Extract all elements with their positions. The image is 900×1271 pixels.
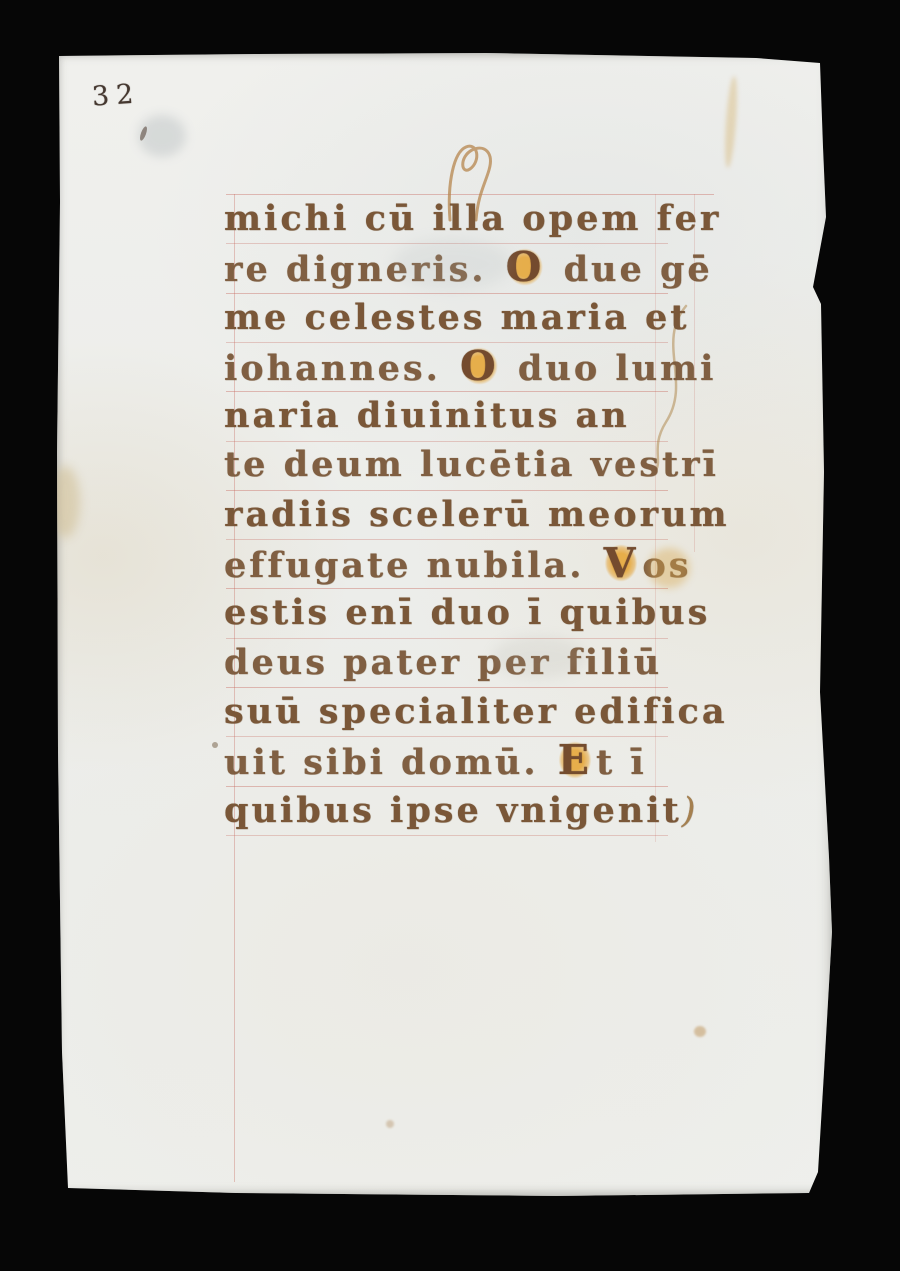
- line-flourish: ): [682, 791, 699, 831]
- stain-dot: [386, 1120, 394, 1128]
- text-segment: os: [642, 545, 691, 586]
- manuscript-line: uit sibi domū. Et ī: [224, 736, 724, 785]
- text-segment: radiis scelerū meorum: [224, 494, 730, 535]
- text-segment: te deum lucētia vestrī: [224, 444, 719, 485]
- manuscript-line: naria diuinitus an: [224, 391, 724, 440]
- text-block: michi cū illa opem ferre digneris. O due…: [224, 194, 724, 835]
- crease-streak: [723, 76, 739, 168]
- decorated-initial: O: [456, 342, 503, 390]
- pen-mark: [139, 126, 149, 142]
- decorated-initial: O: [502, 243, 549, 291]
- stain-dot: [694, 1026, 706, 1037]
- decorated-initial: E: [554, 736, 596, 784]
- manuscript-line: deus pater per filiū: [224, 638, 724, 687]
- graphite-smudge: [138, 115, 186, 157]
- manuscript-line: michi cū illa opem fer: [224, 194, 724, 243]
- text-segment: michi cū illa opem fer: [224, 198, 721, 239]
- text-segment: iohannes.: [224, 348, 456, 389]
- text-segment: me celestes maria et: [224, 297, 689, 338]
- folio-number: 32: [91, 78, 141, 112]
- text-segment: naria diuinitus an: [224, 395, 630, 436]
- text-segment: uit sibi domū.: [224, 742, 554, 783]
- ink-speck: [212, 742, 218, 748]
- text-segment: due gē: [548, 249, 712, 290]
- text-segment: effugate nubila.: [224, 545, 600, 586]
- text-segment: quibus ipse vnigenit: [224, 790, 682, 831]
- ruled-line-horizontal: [226, 835, 668, 836]
- text-segment: deus pater per filiū: [224, 642, 662, 683]
- manuscript-line: iohannes. O duo lumi: [224, 342, 724, 391]
- manuscript-photo: 32 michi cū illa opem ferre digneris. O …: [0, 0, 900, 1271]
- manuscript-line: radiis scelerū meorum: [224, 490, 724, 539]
- manuscript-line: te deum lucētia vestrī: [224, 440, 724, 489]
- text-segment: duo lumi: [503, 348, 717, 389]
- manuscript-line: quibus ipse vnigenit): [224, 786, 724, 835]
- parchment-leaf: 32 michi cū illa opem ferre digneris. O …: [56, 52, 836, 1198]
- manuscript-line: re digneris. O due gē: [224, 243, 724, 292]
- text-segment: re digneris.: [224, 249, 502, 290]
- decorated-initial: V: [600, 539, 643, 587]
- manuscript-line: effugate nubila. Vos: [224, 539, 724, 588]
- manuscript-line: suū specialiter edifica: [224, 687, 724, 736]
- edge-stain: [50, 466, 80, 538]
- text-segment: suū specialiter edifica: [224, 691, 728, 732]
- manuscript-line: estis enī duo ī quibus: [224, 588, 724, 637]
- text-segment: estis enī duo ī quibus: [224, 592, 710, 633]
- manuscript-line: me celestes maria et: [224, 293, 724, 342]
- text-segment: t ī: [596, 742, 647, 783]
